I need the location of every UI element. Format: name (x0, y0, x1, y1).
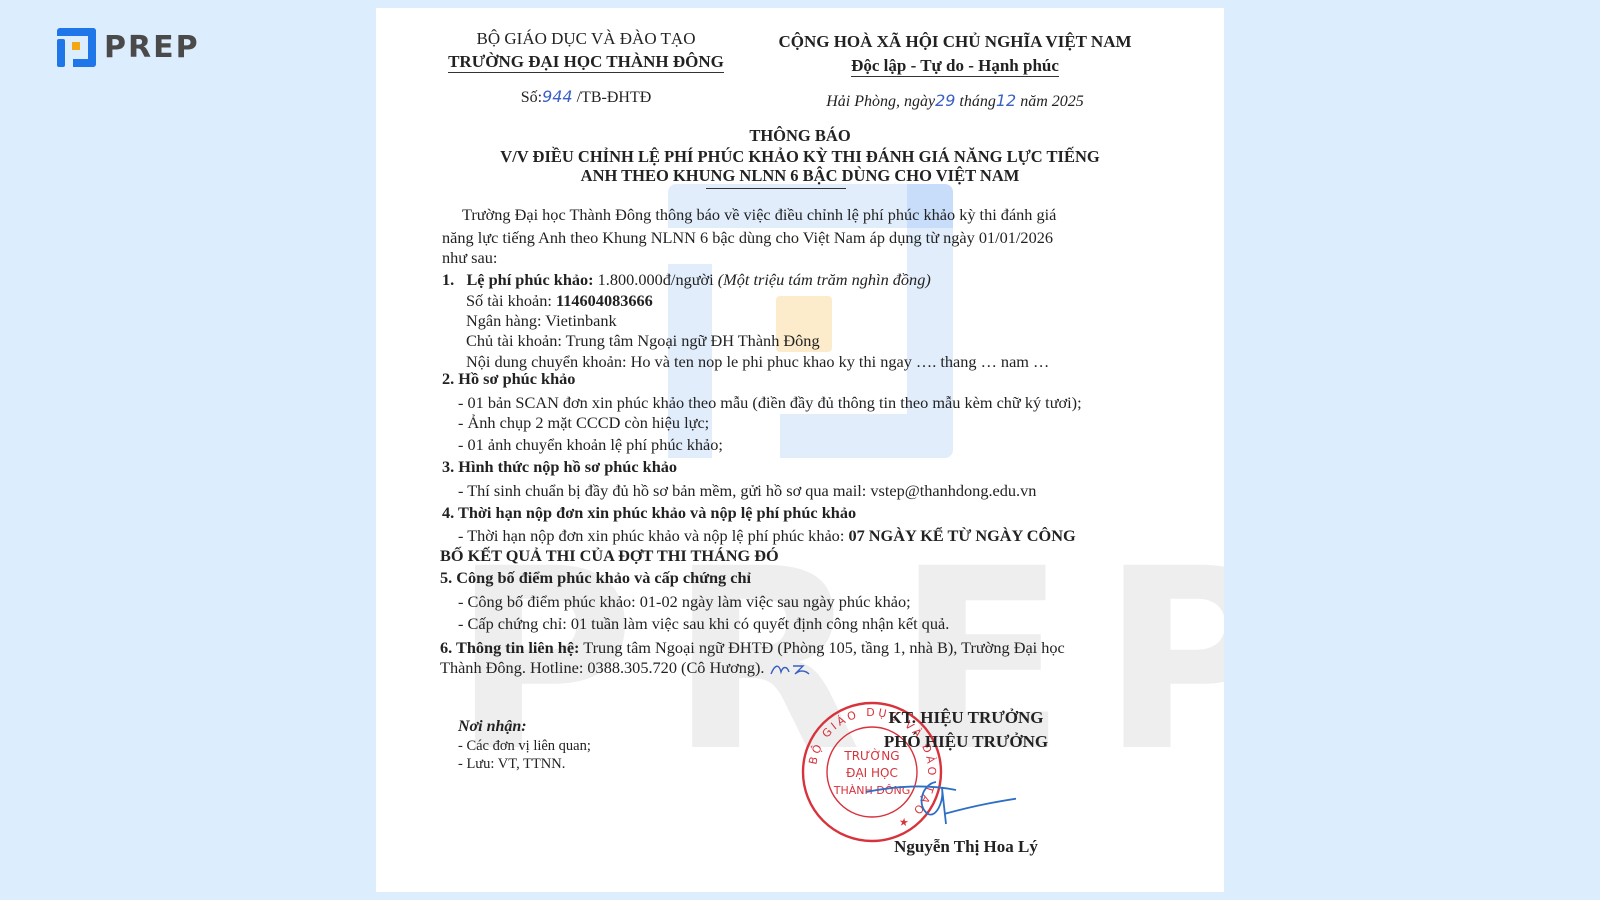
year: năm 2025 (1020, 93, 1084, 110)
subject-line2-text: ANH THEO KHUNG NLNN 6 BẬC DÙNG CHO VIỆT … (581, 166, 1020, 185)
signer-name: Nguyễn Thị Hoa Lý (846, 837, 1086, 857)
section3-item: - Thí sinh chuẩn bị đầy đủ hồ sơ bản mềm… (458, 482, 1036, 501)
notice-subject-line2: ANH THEO KHUNG NLNN 6 BẬC DÙNG CHO VIỆT … (376, 167, 1224, 186)
nation-title: CỘNG HOÀ XÃ HỘI CHỦ NGHĨA VIỆT NAM (760, 32, 1150, 52)
contact-line1: Trung tâm Ngoại ngữ ĐHTĐ (Phòng 105, tần… (583, 638, 1065, 657)
day: 29 (935, 91, 955, 110)
place: Hải Phòng, ngày (826, 93, 935, 110)
number-prefix: Số: (521, 89, 542, 106)
motto-text: Độc lập - Tự do - Hạnh phúc (851, 56, 1059, 77)
prep-logo-icon (57, 28, 96, 67)
section5-item: - Công bố điểm phúc khảo: 01-02 ngày làm… (458, 593, 911, 612)
brand-name: PREP (104, 33, 200, 63)
section1-number: 1. (442, 270, 454, 289)
document-number: Số:944 /TB-ĐHTĐ (442, 88, 730, 107)
notice-title: THÔNG BÁO (376, 127, 1224, 146)
section4-deadline: - Thời hạn nộp đơn xin phúc khảo và nộp … (458, 527, 1076, 546)
fee-amount: 1.800.000đ/người (598, 270, 714, 289)
deadline-bold: 07 NGÀY KỂ TỪ NGÀY CÔNG (848, 526, 1075, 545)
account-label: Số tài khoản: (466, 291, 552, 310)
section4-heading: 4. Thời hạn nộp đơn xin phúc khảo và nộp… (442, 504, 856, 523)
month: 12 (996, 91, 1016, 110)
fee-words: (Một triệu tám trăm nghìn đồng) (718, 270, 931, 289)
recipient-item: - Lưu: VT, TTNN. (458, 756, 565, 773)
intro-line1: Trường Đại học Thành Đông thông báo về v… (462, 206, 1056, 225)
number-handwritten: 944 (542, 87, 573, 106)
section2-item: - 01 ảnh chuyển khoản lệ phí phúc khảo; (458, 436, 723, 455)
bank-name: Ngân hàng: Vietinbank (466, 312, 617, 331)
section6-contact: 6. Thông tin liên hệ: Trung tâm Ngoại ng… (440, 639, 1065, 658)
intro-line3: như sau: (442, 249, 497, 268)
title-divider (706, 188, 846, 189)
section1-fee: 1. Lệ phí phúc khảo: 1.800.000đ/người (M… (442, 271, 931, 290)
section6-label: 6. Thông tin liên hệ: (440, 638, 579, 657)
account-holder: Chủ tài khoản: Trung tâm Ngoại ngữ ĐH Th… (466, 332, 820, 351)
place-date: Hải Phòng, ngày29 tháng12 năm 2025 (760, 92, 1150, 111)
signature-role2: PHÓ HIỆU TRƯỞNG (846, 732, 1086, 752)
account-number-line: Số tài khoản: 114604083666 (466, 292, 653, 311)
intro-line2: năng lực tiếng Anh theo Khung NLNN 6 bậc… (442, 229, 1053, 248)
number-suffix: /TB-ĐHTĐ (577, 89, 652, 106)
account-number: 114604083666 (556, 291, 653, 310)
section2-item: - Ảnh chụp 2 mặt CCCD còn hiệu lực; (458, 414, 709, 433)
initials-signature-icon (769, 660, 815, 678)
section2-heading: 2. Hồ sơ phúc khảo (442, 370, 575, 389)
notice-subject-line1: V/V ĐIỀU CHỈNH LỆ PHÍ PHÚC KHẢO KỲ THI Đ… (376, 148, 1224, 167)
section5-heading: 5. Công bố điểm phúc khảo và cấp chứng c… (440, 569, 751, 588)
handwritten-signature-icon (866, 778, 1016, 838)
ministry-name: BỘ GIÁO DỤC VÀ ĐÀO TẠO (442, 29, 730, 49)
prep-logo[interactable]: PREP (57, 28, 200, 67)
contact-line2: Thành Đông. Hotline: 0388.305.720 (Cô Hư… (440, 658, 765, 677)
recipient-item: - Các đơn vị liên quan; (458, 738, 591, 755)
school-name-text: TRƯỜNG ĐẠI HỌC THÀNH ĐÔNG (448, 52, 724, 73)
section5-item: - Cấp chứng chỉ: 01 tuần làm việc sau kh… (458, 615, 949, 634)
month-label: tháng (959, 93, 995, 110)
section1-label: Lệ phí phúc khảo: (466, 270, 593, 289)
section6-contact-cont: Thành Đông. Hotline: 0388.305.720 (Cô Hư… (440, 659, 815, 678)
signature-role1: KT. HIỆU TRƯỞNG (846, 708, 1086, 728)
section3-heading: 3. Hình thức nộp hồ sơ phúc khảo (442, 458, 677, 477)
section4-deadline-cont: BỐ KẾT QUẢ THI CỦA ĐỢT THI THÁNG ĐÓ (440, 547, 779, 566)
document-page: PREP BỘ GIÁO DỤC VÀ ĐÀO TẠO TRƯỜNG ĐẠI H… (376, 8, 1224, 892)
school-name: TRƯỜNG ĐẠI HỌC THÀNH ĐÔNG (442, 52, 730, 73)
deadline-prefix: - Thời hạn nộp đơn xin phúc khảo và nộp … (458, 526, 844, 545)
recipients-heading: Nơi nhận: (458, 718, 527, 736)
national-motto: Độc lập - Tự do - Hạnh phúc (760, 56, 1150, 77)
prep-watermark-icon (668, 184, 953, 458)
section2-item: - 01 bản SCAN đơn xin phúc khảo theo mẫu… (458, 394, 1082, 413)
